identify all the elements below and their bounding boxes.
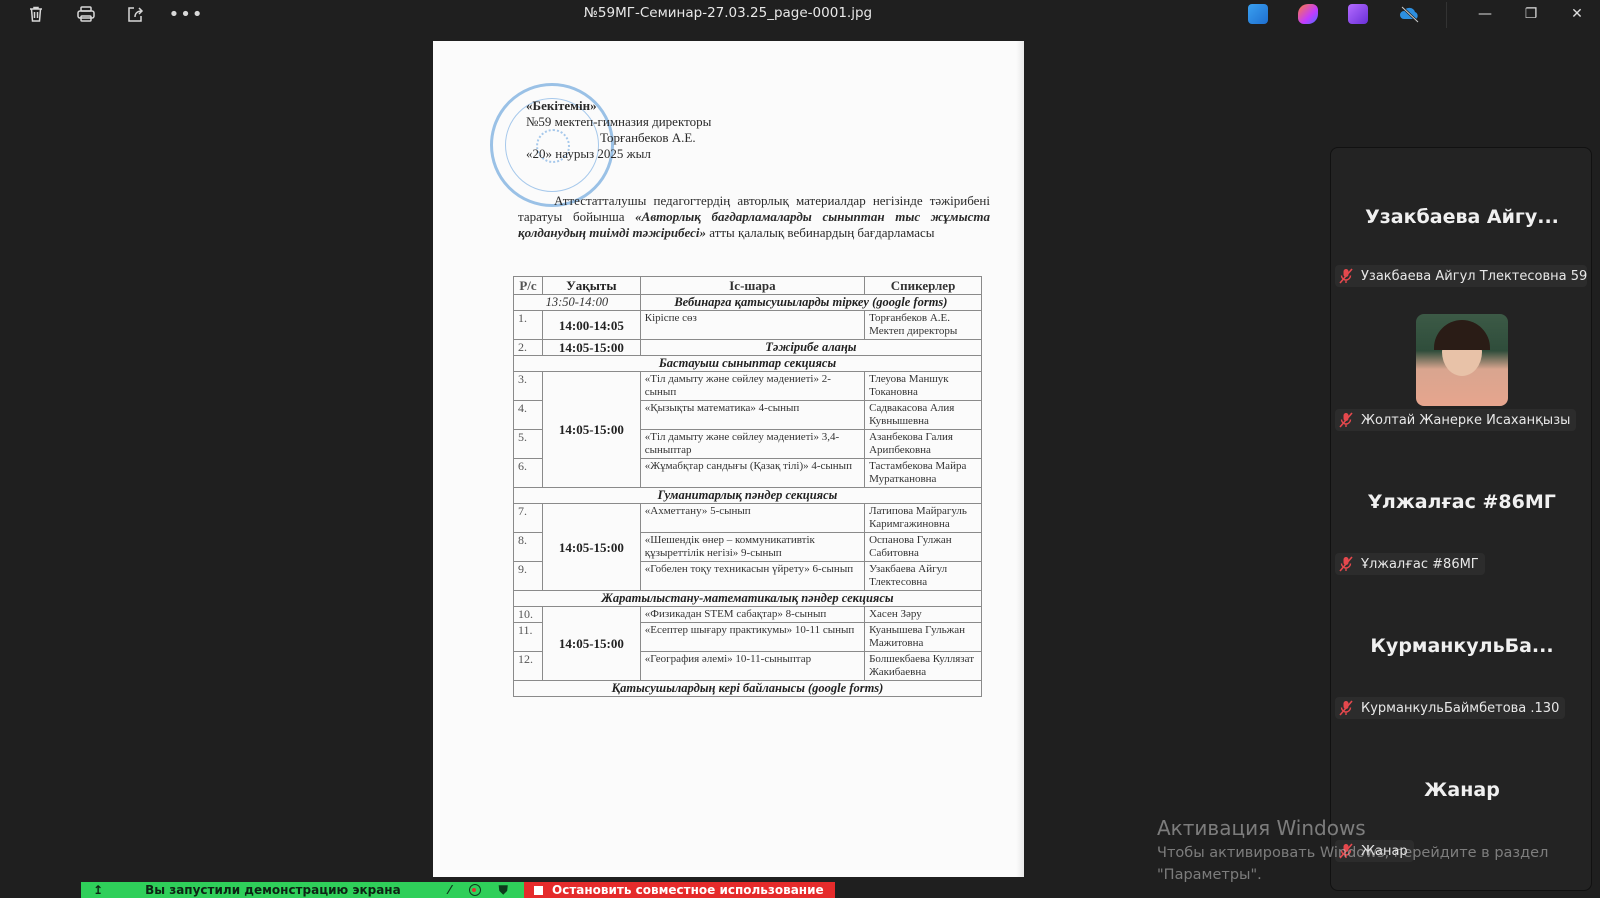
pin-icon: ↥	[93, 883, 103, 897]
header-event: Іс-шара	[640, 277, 864, 295]
participant-video	[1416, 314, 1508, 406]
mic-muted-icon	[1339, 412, 1353, 428]
approval-heading: «Бекітемін»	[526, 98, 711, 114]
section-title: Гуманитарлық пәндер секциясы	[514, 488, 982, 504]
shield-icon[interactable]: ⛊	[499, 883, 508, 898]
title-bar: ••• №59МГ-Семинар-27.03.25_page-0001.jpg…	[0, 0, 1600, 28]
table-row: 1. 14:00-14:05 Кіріспе сөз Торғанбеков А…	[514, 311, 982, 340]
stop-icon	[534, 886, 543, 895]
mic-muted-icon	[1339, 556, 1353, 572]
table-row: 13:50-14:00 Вебинарға қатысушыларды тірк…	[514, 295, 982, 311]
table-row: 7.14:05-15:00«Ахметтану» 5-сыныпЛатипова…	[514, 504, 982, 533]
table-row: 2. 14:05-15:00 Тәжірибе алаңы	[514, 340, 982, 356]
participant-tile[interactable]: Ұлжалғас #86МГҰлжалғас #86МГ	[1331, 436, 1593, 580]
section-title: Бастауыш сыныптар секциясы	[514, 356, 982, 372]
participant-name-label: Узакбаева Айгул Тлектесовна 59...	[1335, 265, 1587, 287]
section-row: Жаратылыстану-математикалық пәндер секци…	[514, 591, 982, 607]
clipchamp-icon[interactable]	[1348, 4, 1368, 24]
participants-panel[interactable]: Узакбаева Айгу...Узакбаева Айгул Тлектес…	[1330, 147, 1592, 891]
stop-sharing-button[interactable]: Остановить совместное использование	[524, 882, 835, 898]
approval-line: №59 мектеп-гимназия директоры	[526, 114, 711, 130]
windows-activation-watermark: Активация Windows Чтобы активировать Win…	[1157, 816, 1548, 886]
schedule-table: Р/с Уақыты Іс-шара Спикерлер 13:50-14:00…	[513, 276, 982, 697]
approval-date: «20» наурыз 2025 жыл	[526, 146, 711, 162]
onedrive-off-icon[interactable]	[1398, 4, 1422, 24]
header-speakers: Спикерлер	[865, 277, 982, 295]
participant-name-label: КурманкульБаймбетова .130	[1335, 697, 1565, 719]
close-button[interactable]: ✕	[1554, 0, 1600, 28]
record-icon[interactable]	[469, 884, 481, 896]
participant-tile[interactable]: Жолтай Жанерке Исаханқызы	[1331, 292, 1593, 436]
participant-display-name: КурманкульБа...	[1331, 635, 1593, 657]
participant-display-name: Жанар	[1331, 779, 1593, 801]
section-row: Бастауыш сыныптар секциясы	[514, 356, 982, 372]
participant-tile[interactable]: Узакбаева Айгу...Узакбаева Айгул Тлектес…	[1331, 148, 1593, 292]
feedback-row: Қатысушылардың кері байланысы (google fo…	[514, 681, 982, 697]
table-row: 10.14:05-15:00«Физикадан STEM сабақтар» …	[514, 607, 982, 623]
participant-name-label: Жолтай Жанерке Исаханқызы	[1335, 409, 1576, 431]
mic-off-icon[interactable]: ⁄	[449, 883, 451, 897]
intro-paragraph: Аттестатталушы педагогтердің авторлық ма…	[518, 193, 990, 241]
section-title: Жаратылыстану-математикалық пәндер секци…	[514, 591, 982, 607]
share-status[interactable]: ↥ Вы запустили демонстрацию экрана ⁄ ⛊	[81, 882, 524, 898]
table-row: 3.14:05-15:00«Тіл дамыту және сөйлеу мәд…	[514, 372, 982, 401]
screen-share-bar: ↥ Вы запустили демонстрацию экрана ⁄ ⛊ О…	[81, 882, 835, 898]
document-image: «Бекітемін» №59 мектеп-гимназия директор…	[433, 41, 1024, 877]
header-num: Р/с	[514, 277, 543, 295]
mic-muted-icon	[1339, 268, 1353, 284]
photos-icon[interactable]	[1248, 4, 1268, 24]
header-time: Уақыты	[542, 277, 640, 295]
copilot-icon[interactable]	[1298, 4, 1318, 24]
restore-button[interactable]: ❐	[1508, 0, 1554, 28]
approval-block: «Бекітемін» №59 мектеп-гимназия директор…	[526, 98, 711, 162]
participant-display-name: Узакбаева Айгу...	[1331, 206, 1593, 228]
approval-signature: Торғанбеков А.Е.	[526, 130, 711, 146]
mic-muted-icon	[1339, 700, 1353, 716]
window-title: №59МГ-Семинар-27.03.25_page-0001.jpg	[0, 5, 1456, 21]
toolbar-divider	[1446, 2, 1447, 28]
participant-tile[interactable]: КурманкульБа...КурманкульБаймбетова .130	[1331, 580, 1593, 724]
participant-display-name: Ұлжалғас #86МГ	[1331, 491, 1593, 513]
minimize-button[interactable]: —	[1462, 0, 1508, 28]
section-row: Гуманитарлық пәндер секциясы	[514, 488, 982, 504]
participant-name-label: Ұлжалғас #86МГ	[1335, 553, 1485, 575]
